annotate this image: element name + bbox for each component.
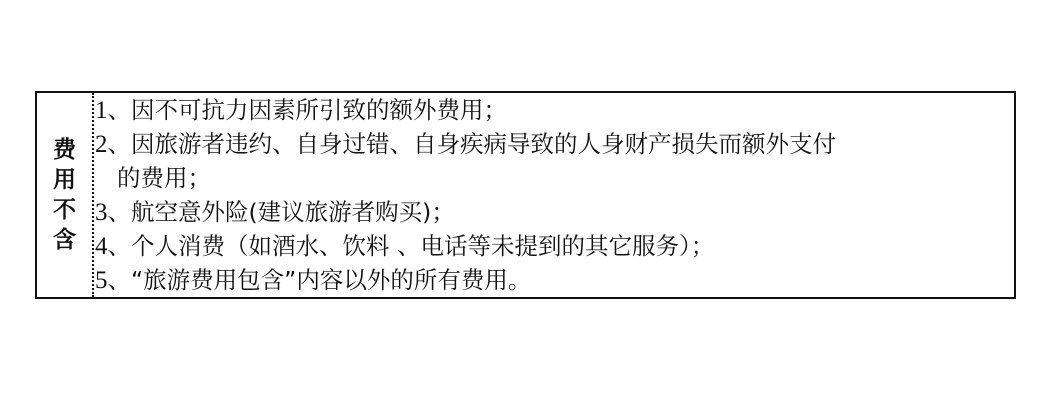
label-char: 用 [53, 165, 76, 195]
item-text: 、“旅游费用包含”内容以外的所有费用。 [108, 266, 532, 294]
label-char: 不 [53, 195, 76, 225]
item-number: 2 [95, 131, 108, 158]
list-item-continuation: 的费用； [95, 162, 1014, 196]
section-label: 费 用 不 含 [37, 93, 92, 297]
item-text: 、因旅游者违约、自身过错、自身疾病导致的人身财产损失而额外支付 [108, 130, 837, 158]
list-item: 2、因旅游者违约、自身过错、自身疾病导致的人身财产损失而额外支付 [95, 128, 1014, 162]
list-item: 4、个人消费（如酒水、饮料 、电话等未提到的其它服务）； [95, 230, 1014, 264]
item-number: 1 [95, 97, 108, 124]
item-number: 3 [95, 199, 108, 226]
item-text: 、个人消费（如酒水、饮料 、电话等未提到的其它服务）； [108, 232, 715, 260]
exclusion-list: 1、因不可抗力因素所引致的额外费用； 2、因旅游者违约、自身过错、自身疾病导致的… [95, 94, 1014, 298]
item-text: 、航空意外险(建议旅游者购买)； [108, 198, 455, 226]
list-item: 5、“旅游费用包含”内容以外的所有费用。 [95, 264, 1014, 298]
item-number: 5 [95, 267, 108, 294]
list-item: 1、因不可抗力因素所引致的额外费用； [95, 94, 1014, 128]
item-text: 的费用； [117, 164, 211, 192]
label-char: 含 [53, 225, 76, 255]
dotted-divider [92, 93, 94, 297]
item-text: 、因不可抗力因素所引致的额外费用； [108, 96, 508, 124]
item-number: 4 [95, 233, 108, 260]
label-char: 费 [53, 135, 76, 165]
fees-excluded-table: 费 用 不 含 1、因不可抗力因素所引致的额外费用； 2、因旅游者违约、自身过错… [35, 91, 1016, 299]
list-item: 3、航空意外险(建议旅游者购买)； [95, 196, 1014, 230]
